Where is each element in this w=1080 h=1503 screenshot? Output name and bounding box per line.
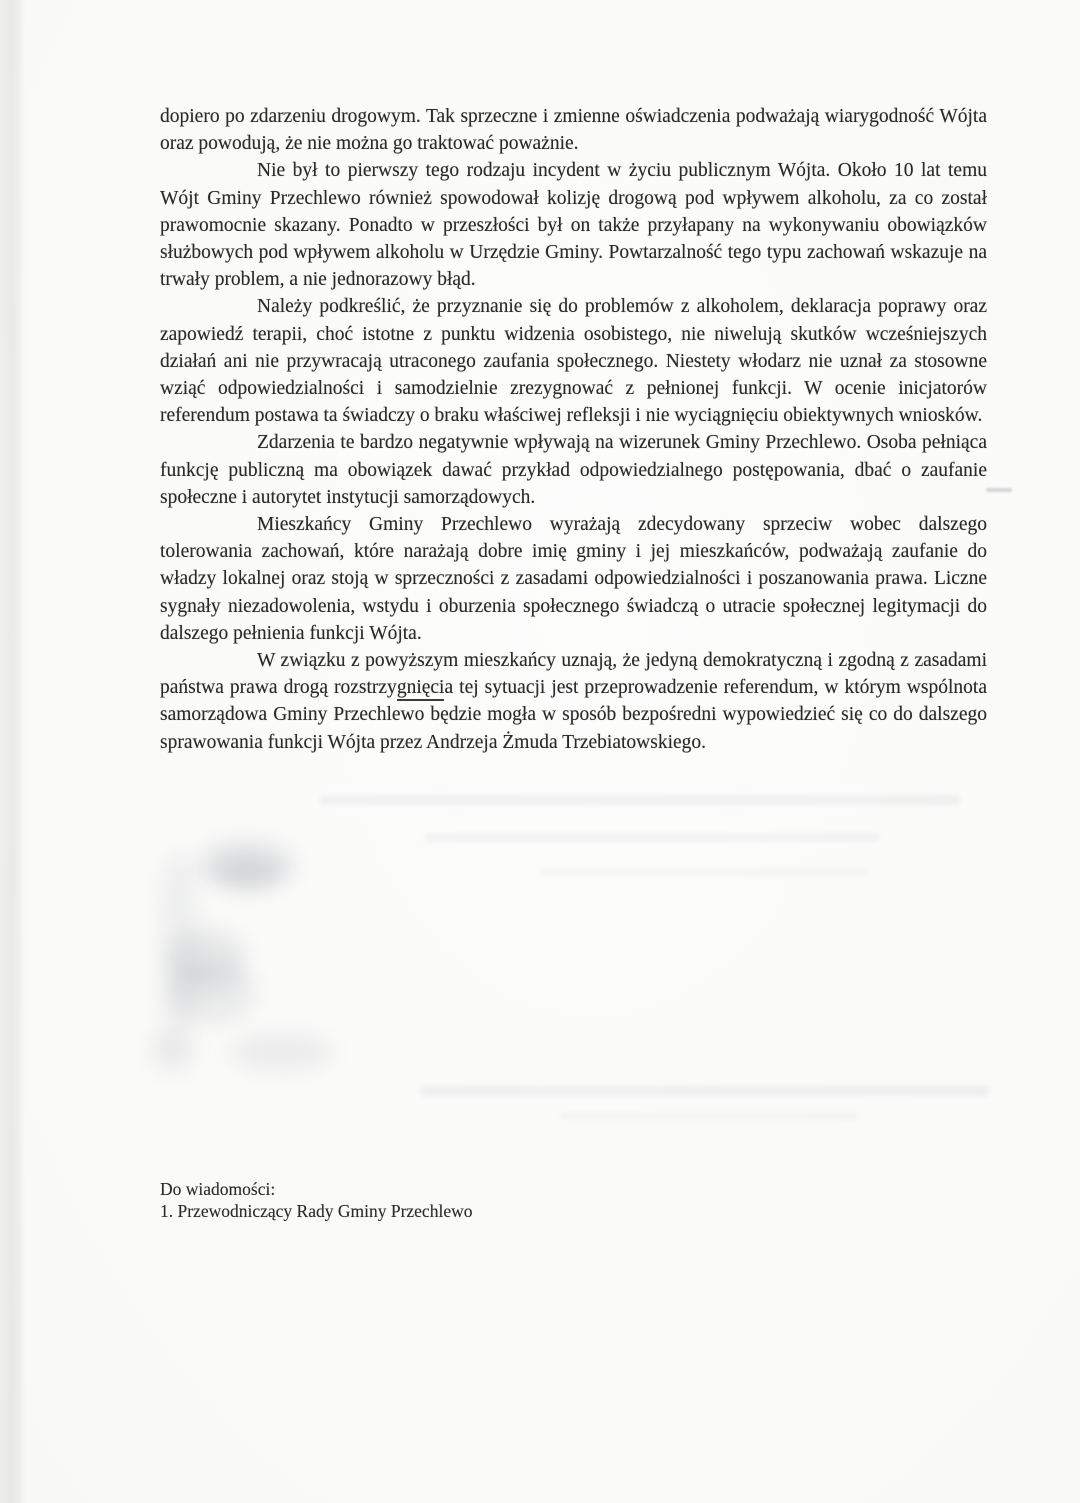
signature-blur-blob — [230, 1032, 334, 1072]
scan-smudge-artifact — [986, 488, 1012, 492]
scanner-edge-strip — [0, 0, 26, 1503]
signature-blur-blob — [168, 960, 256, 1024]
body-paragraph-referendum-conclusion: W związku z powyższym mieszkańcy uznają,… — [160, 647, 987, 756]
distribution-item: 1. Przewodniczący Rady Gminy Przechlewo — [160, 1200, 472, 1222]
distribution-heading: Do wiadomości: — [160, 1178, 472, 1200]
ink-bleed-through-artifact — [560, 1112, 860, 1120]
blurred-signature — [140, 830, 400, 1080]
signature-blur-blob — [214, 856, 280, 886]
body-paragraph-accountability: Należy podkreślić, że przyznanie się do … — [160, 293, 987, 429]
ink-bleed-through-artifact — [425, 833, 880, 842]
signature-blur-blob — [152, 1028, 194, 1070]
body-paragraph-continuation: dopiero po zdarzeniu drogowym. Tak sprze… — [160, 103, 987, 157]
body-paragraph-incident-history: Nie był to pierwszy tego rodzaju incyden… — [160, 157, 987, 293]
distribution-list: Do wiadomości: 1. Przewodniczący Rady Gm… — [160, 1178, 472, 1222]
hand-underlined-text: gnięci — [397, 677, 445, 701]
document-body: dopiero po zdarzeniu drogowym. Tak sprze… — [160, 103, 987, 756]
body-paragraph-residents-objection: Mieszkańcy Gminy Przechlewo wyrażają zde… — [160, 511, 987, 647]
ink-bleed-through-artifact — [420, 1086, 990, 1096]
ink-bleed-through-artifact — [320, 795, 960, 805]
ink-bleed-through-artifact — [540, 868, 870, 876]
body-paragraph-image-of-gmina: Zdarzenia te bardzo negatywnie wpływają … — [160, 429, 987, 511]
